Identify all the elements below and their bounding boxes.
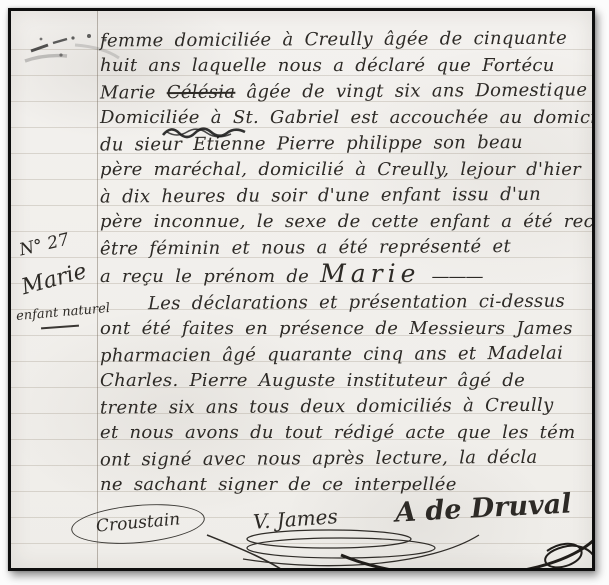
- scribble-mark: [161, 123, 253, 141]
- manuscript-line: être féminin et nous a été représenté et: [100, 233, 595, 262]
- manuscript-line: pharmacien âgé quarante cinq ans et Made…: [100, 340, 595, 369]
- manuscript-line: femme domiciliée à Creully âgée de cinqu…: [100, 25, 595, 54]
- scanned-register-page: N° 27 Marie enfant naturel femme domicil…: [0, 0, 609, 585]
- margin-note-underline: [41, 325, 79, 330]
- manuscript-line: a reçu le prénom de Marie ———: [100, 261, 595, 290]
- manuscript-line: à dix heures du soir d'une enfant issu d…: [100, 181, 595, 210]
- margin-child-name: Marie: [19, 259, 89, 300]
- manuscript-line: père maréchal, domicilié à Creully, lejo…: [100, 157, 595, 183]
- paper-scan: N° 27 Marie enfant naturel femme domicil…: [8, 8, 595, 571]
- line-text: a reçu le prénom de: [100, 266, 309, 287]
- manuscript-line: ont été faites en présence de Messieurs …: [100, 316, 595, 342]
- margin-act-number: N° 27: [17, 230, 71, 261]
- line-text: âgée de vingt six ans Domestique: [246, 80, 587, 103]
- manuscript-line: Les déclarations et présentation ci-dess…: [100, 288, 595, 317]
- closing-dash: ———: [431, 266, 482, 287]
- line-text: Marie: [100, 82, 156, 103]
- manuscript-line: Marie Célésia âgée de vingt six ans Dome…: [100, 77, 595, 106]
- struck-word: Célésia: [167, 82, 236, 103]
- manuscript-line: trente six ans tous deux domiciliés à Cr…: [100, 392, 595, 421]
- manuscript-line: huit ans laquelle nous a déclaré que For…: [100, 53, 595, 79]
- line-text: Pierre philippe son beau: [277, 132, 523, 155]
- manuscript-line: Charles. Pierre Auguste instituteur âgé …: [100, 368, 595, 394]
- manuscript-body: femme domiciliée à Creully âgée de cinqu…: [100, 27, 595, 498]
- manuscript-line: père inconnue, le sexe de cette enfant a…: [100, 209, 595, 235]
- manuscript-line: et nous avons du tout rédigé acte que le…: [100, 420, 595, 446]
- child-name-word: Marie: [320, 259, 420, 288]
